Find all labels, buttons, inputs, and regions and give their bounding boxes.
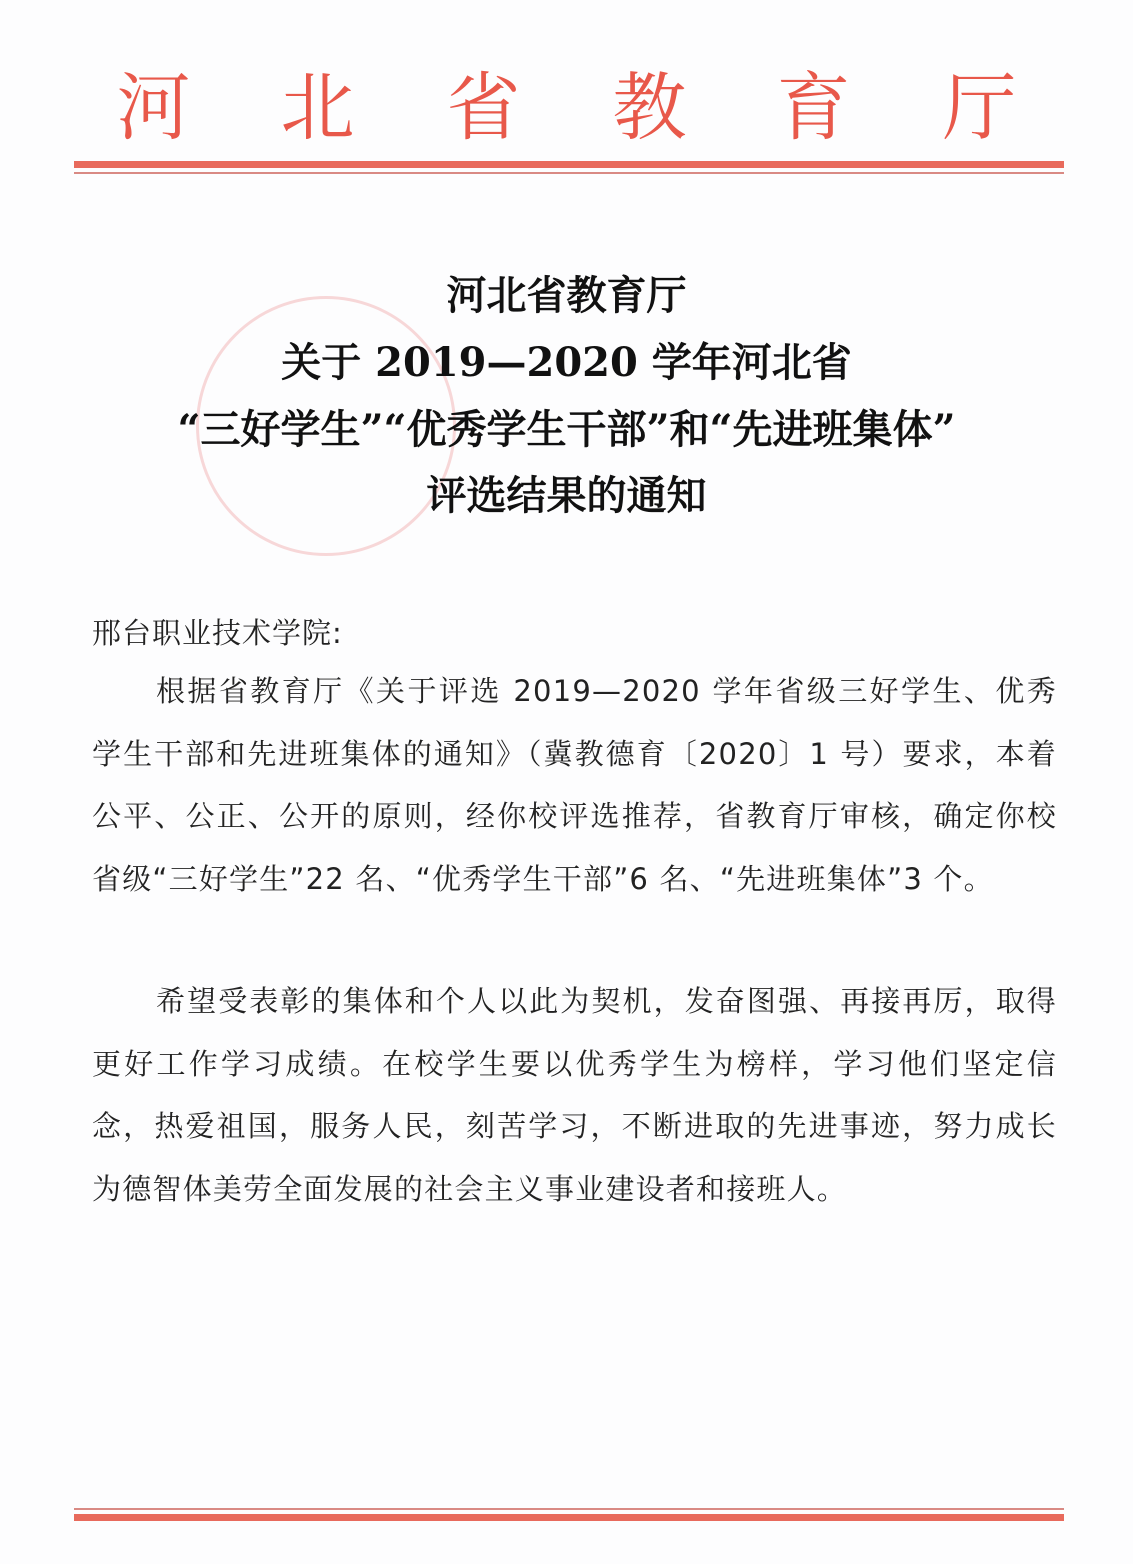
title-line-3: “三好学生”“优秀学生干部”和“先进班集体”: [0, 406, 1133, 454]
body-paragraph-1: 根据省教育厅《关于评选 2019—2020 学年省级三好学生、优秀学生干部和先进…: [92, 660, 1057, 910]
addressee: 邢台职业技术学院:: [92, 613, 343, 653]
title-line-4: 评选结果的通知: [0, 472, 1133, 520]
masthead-char: 北: [281, 68, 355, 148]
masthead-char: 育: [777, 68, 851, 148]
title-line-2: 关于 2019—2020 学年河北省: [0, 339, 1133, 387]
masthead-char: 省: [447, 68, 521, 148]
header-rule-thin: [74, 172, 1064, 174]
masthead-char: 厅: [943, 68, 1017, 148]
footer-rule-thick: [74, 1514, 1064, 1521]
masthead-char: 河: [117, 68, 191, 148]
masthead: 河 北 省 教 育 厅: [0, 68, 1133, 148]
body-paragraph-2: 希望受表彰的集体和个人以此为契机，发奋图强、再接再厉，取得更好工作学习成绩。在校…: [92, 970, 1057, 1220]
title-line-1: 河北省教育厅: [0, 272, 1133, 320]
masthead-char: 教: [613, 68, 687, 148]
footer-rule-thin: [74, 1508, 1064, 1510]
header-rule-thick: [74, 161, 1064, 168]
